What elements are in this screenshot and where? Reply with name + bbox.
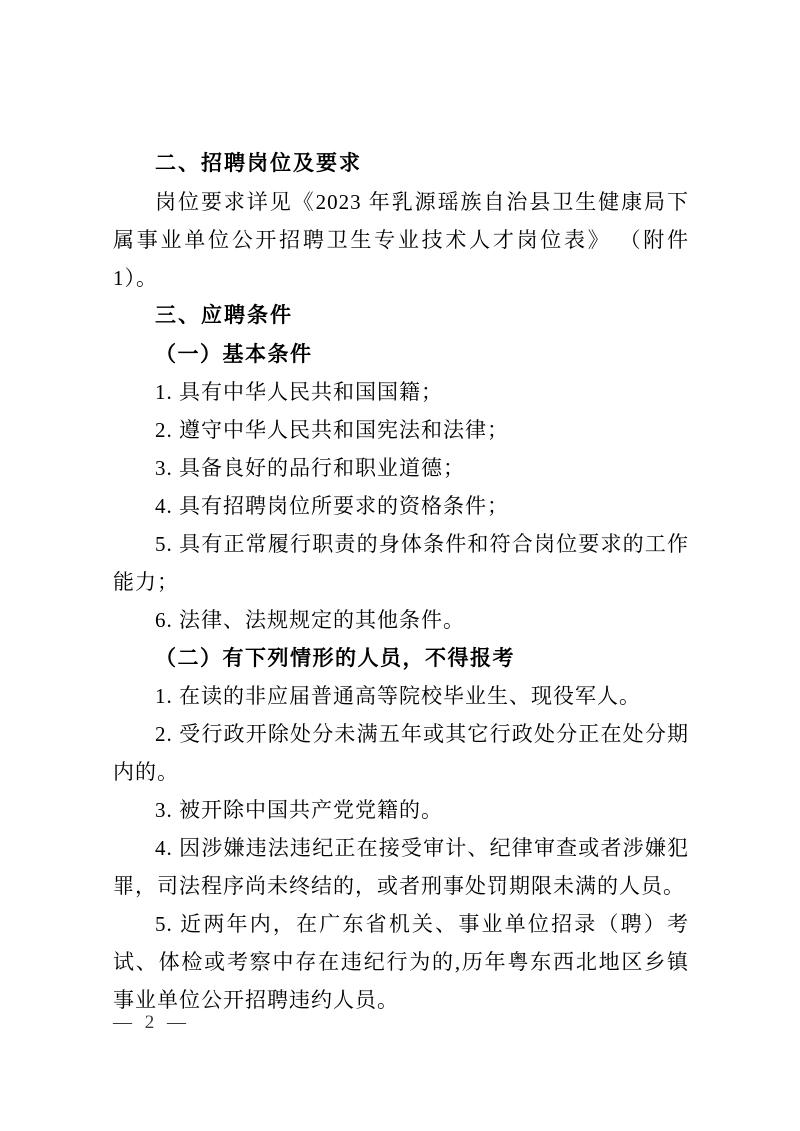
body-paragraph: 3. 具备良好的品行和职业道德； — [113, 449, 689, 487]
body-paragraph: 2. 受行政开除处分未满五年或其它行政处分正在处分期内的。 — [113, 715, 689, 791]
body-paragraph: 2. 遵守中华人民共和国宪法和法律； — [113, 411, 689, 449]
page-number: — 2 — — [113, 1010, 190, 1036]
body-paragraph: 1. 具有中华人民共和国国籍； — [113, 373, 689, 411]
body-paragraph: 3. 被开除中国共产党党籍的。 — [113, 791, 689, 829]
section-heading: 二、招聘岗位及要求 — [113, 145, 689, 183]
body-paragraph: 5. 近两年内，在广东省机关、事业单位招录（聘）考试、体检或考察中存在违纪行为的… — [113, 905, 689, 1019]
document-body: 二、招聘岗位及要求岗位要求详见《2023 年乳源瑶族自治县卫生健康局下属事业单位… — [113, 145, 689, 1019]
body-paragraph: 1. 在读的非应届普通高等院校毕业生、现役军人。 — [113, 677, 689, 715]
body-paragraph: 岗位要求详见《2023 年乳源瑶族自治县卫生健康局下属事业单位公开招聘卫生专业技… — [113, 183, 689, 297]
document-page: 二、招聘岗位及要求岗位要求详见《2023 年乳源瑶族自治县卫生健康局下属事业单位… — [0, 0, 800, 1131]
body-paragraph: 5. 具有正常履行职责的身体条件和符合岗位要求的工作能力； — [113, 525, 689, 601]
body-paragraph: 6. 法律、法规规定的其他条件。 — [113, 601, 689, 639]
body-paragraph: 4. 因涉嫌违法违纪正在接受审计、纪律审查或者涉嫌犯罪，司法程序尚未终结的，或者… — [113, 829, 689, 905]
section-heading: 三、应聘条件 — [113, 297, 689, 335]
body-paragraph: 4. 具有招聘岗位所要求的资格条件； — [113, 487, 689, 525]
section-subheading: （二）有下列情形的人员，不得报考 — [113, 639, 689, 677]
section-subheading: （一）基本条件 — [113, 335, 689, 373]
